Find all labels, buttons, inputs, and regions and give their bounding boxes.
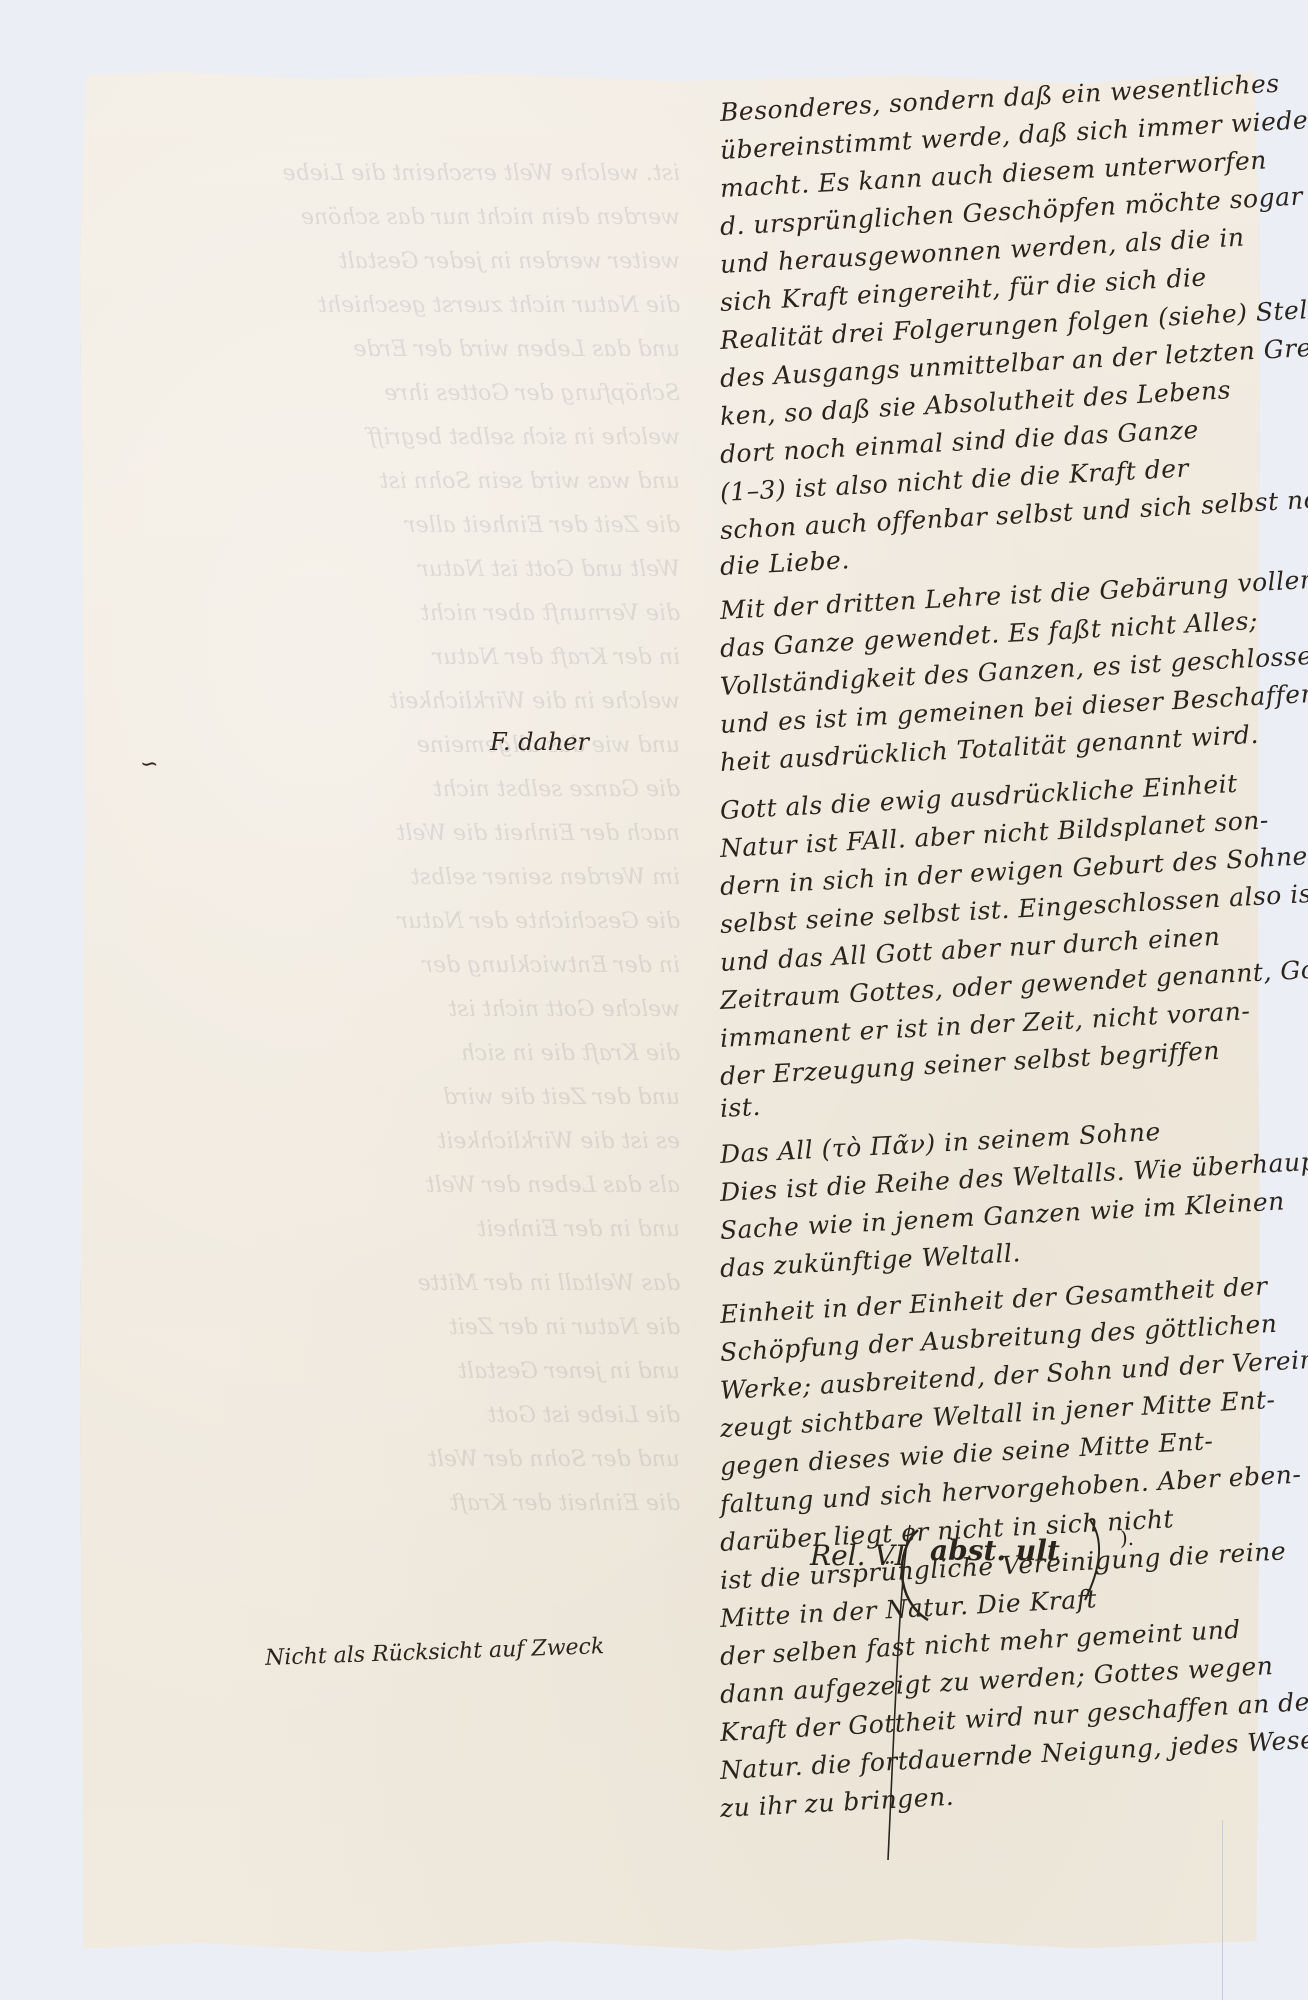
svg-text:abst. ult: abst. ult	[930, 1534, 1060, 1567]
svg-text:).: ).	[1120, 1526, 1134, 1550]
svg-text:Rel. VI: Rel. VI	[809, 1539, 907, 1572]
scan-edge-line	[1222, 1820, 1223, 2000]
bleed-through-text: ist. welche Welt erscheint die Liebe wer…	[120, 108, 680, 1252]
margin-edge-mark: ∽	[140, 752, 158, 777]
reference-flourish-icon: Rel. VI abst. ult ).	[800, 1510, 1260, 1870]
margin-note-daher: F. daher	[490, 728, 589, 756]
bleed-through-text-lower: das Weltall in der Mitte die Natur in de…	[120, 1218, 680, 1526]
